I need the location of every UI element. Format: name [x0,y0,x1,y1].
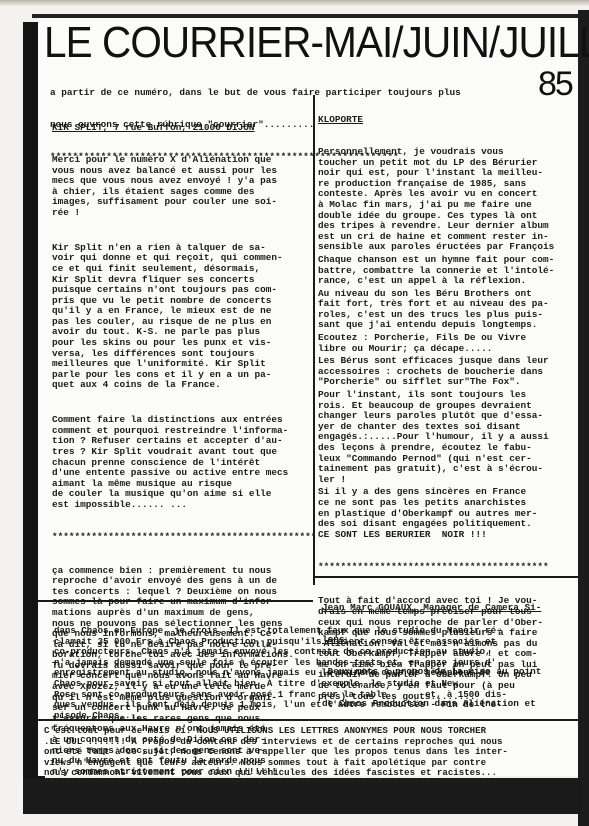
letter-paragraph: Ecoutez : Porcherie, Fils De ou Vivrelib… [318,333,580,354]
text-line: C'est tout pour ce mois ci. NOUS UTILISO… [44,726,576,737]
letter-heading: KLOPORTE [318,115,580,126]
letter-gouaux-body: dans Chaos en Europe, je crois. Il est t… [54,626,574,721]
column-divider [313,95,315,585]
letter-heading: Jean Marc GOUAUX, Manager de Camera Si- [322,603,580,614]
signature: -PAT- [52,799,310,810]
letter-paragraph: Au niveau du son les Béru Brothers ontfa… [318,289,580,331]
scan-edge-shadow [0,0,589,6]
text-line: à Molac fin mars, j'ai pu me faire une [318,200,580,211]
text-line: rance, c'est un appel à la réflexion. [318,276,580,287]
text-line: pisode Chaos.... [54,711,574,722]
text-line: nous condamnons vivement tous ceux qui v… [44,768,576,779]
dotted-separator: ****************************************… [52,532,314,543]
text-line: ce ne sont pas les petits anarchistes [318,498,580,509]
text-line: images, suffisament pour couler une soi- [52,197,310,208]
text-line: sensible aux paroles éructées par Franço… [318,242,580,253]
letter-paragraph: Comment faire la distinctions aux entrée… [52,415,310,510]
page-title: LE COURRIER-MAI/JUIN/JUILLET [44,18,532,68]
text-line: Chaos pour savoir si tout allait bien. À… [54,679,574,690]
letter-paragraph: Merci pour le numéro X d'Aliénation quev… [52,155,310,219]
text-line: des leçons à prendre, écoutez le fabu- [318,443,580,454]
letter-body: Personnellement, je voudrais voustoucher… [318,147,580,540]
text-line: quet aux 4 coins de la France. [52,380,310,391]
text-line: Personnellement, je voudrais vous [318,147,580,158]
letter-paragraph: Kir Split n'en a rien à talquer de sa-vo… [52,243,310,391]
dotted-separator: ****************************************… [44,779,576,790]
text-line: Merci pour le numéro X d'Aliénation que [52,155,310,166]
letter-paragraph: Personnellement, je voudrais voustoucher… [318,147,580,253]
text-line: dans Chaos en Europe, je crois. Il est t… [54,626,574,637]
text-line: libre ou Mourir; ça décape..... [318,344,580,355]
text-line: sant que j'ai entendu depuis longtemps. [318,320,580,331]
text-line: rée ! [52,208,310,219]
text-line: ce et qui finit seulement, désormais, [52,264,310,275]
text-line: tainement pas gratuit), c'est à s'écrou- [318,464,580,475]
letter-paragraph: Chaque chanson est un hymne fait pour co… [318,255,580,287]
scanned-page: LE COURRIER-MAI/JUIN/JUILLET 85 a partir… [0,0,589,826]
letter-paragraph: Pour l'instant, ils sont toujours lesroi… [318,390,580,485]
text-line: tres ? Kir Split voudrait avant tout que [52,447,310,458]
section-rule [314,576,578,578]
text-line: est impossible...... ... [52,500,310,511]
dotted-separator: ****************************************… [318,562,578,573]
section-rule [38,600,313,602]
text-line: mations auprès d'un maximum de gens, [52,608,310,619]
text-line: "Porcherie" ou sifflet sur"The Fox". [318,377,580,388]
letter-paragraph: Les Bérus sont efficaces jusque dans leu… [318,356,580,388]
letter-paragraph: Si il y a des gens sincères en Francece … [318,487,580,540]
text-line: CE SONT LES BERURIER NOIR !!! [318,530,580,541]
text-line: ler ! [318,475,580,486]
closing-note: C'est tout pour ce mois ci. NOUS UTILISO… [44,726,576,790]
text-line: Chaque chanson est un hymne fait pour co… [318,255,580,266]
letter-heading: KIR SPLIT, 7 rue Buffon, 21000 DIJON [52,123,310,134]
